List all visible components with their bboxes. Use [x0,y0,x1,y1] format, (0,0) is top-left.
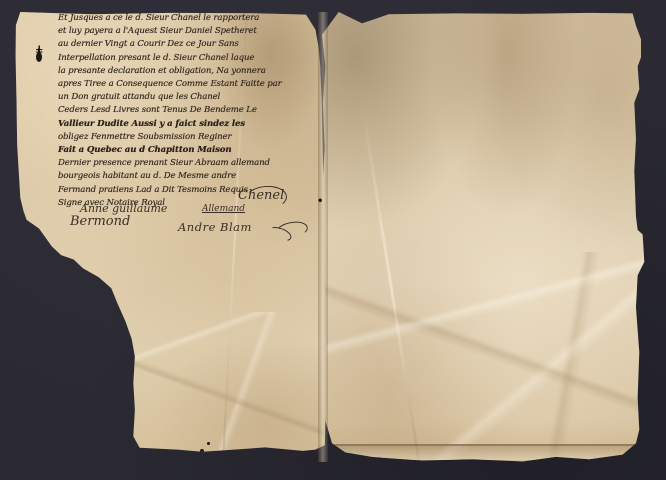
signature: Allemand [202,204,245,214]
signature-block: Chenel Anne guillaume Allemand Bermond A… [70,188,320,258]
ink-blot [200,449,204,453]
text-line: Interpellation presant le d. Sieur Chane… [58,52,326,65]
ink-blot [207,442,210,445]
crumple-texture [134,312,324,452]
crumple-texture [322,252,656,466]
text-line: obligez Fenmettre Soubsmission Reginer [58,131,326,144]
text-line: Vallieur Dudite Aussi y a faict sindez l… [58,118,326,131]
text-line: bourgeois habitant au d. De Mesme andre [58,170,326,183]
text-line: Fait a Quebec au d Chapitton Maison [58,144,326,157]
text-line: Et Jusques a ce le d. Sieur Chanel le ra… [58,12,326,25]
torn-bottom-edge [332,444,642,460]
text-line: Ceders Lesd Livres sont Tenus De Bendeme… [58,104,326,117]
margin-mark-icon: • [317,196,323,207]
text-line: Dernier presence prenant Sieur Abraam al… [58,157,326,170]
signature: Andre Blam [178,220,252,234]
text-line: un Don gratuit attandu que les Chanel [58,91,326,104]
text-line: et luy payera a l'Aquest Sieur Daniel Sp… [58,25,326,38]
manuscript-text: Et Jusques a ce le d. Sieur Chanel le ra… [58,12,326,210]
text-line: apres Tiree a Consequence Comme Estant F… [58,78,326,91]
text-line: la presante declaration et obligation, N… [58,65,326,78]
right-page [322,12,656,466]
signature: Bermond [70,214,130,229]
margin-mark-icon: ǂ [36,44,42,60]
text-line: au dernier Vingt a Courir Dez ce Jour Sa… [58,38,326,51]
photo-stage: Et Jusques a ce le d. Sieur Chanel le ra… [0,0,666,480]
